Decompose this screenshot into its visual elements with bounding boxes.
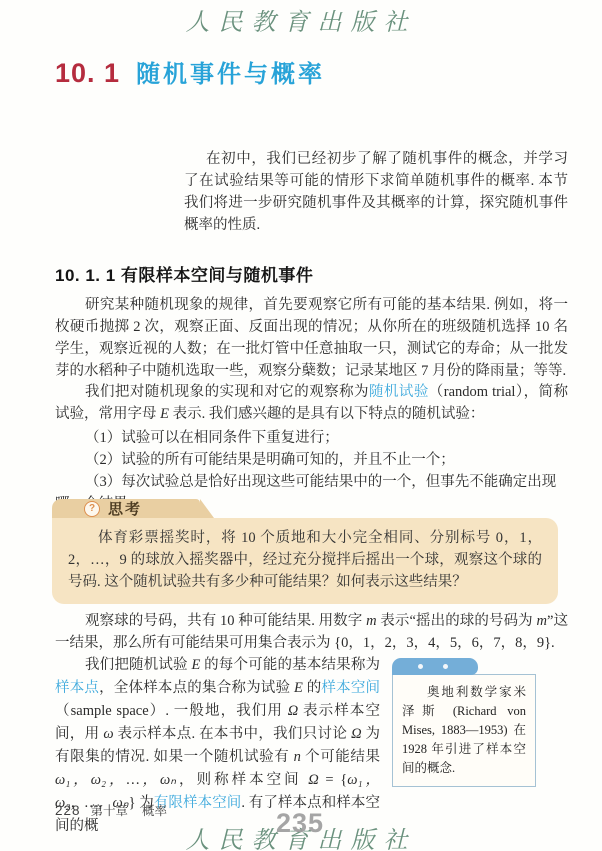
subsection-heading: 10. 1. 1 有限样本空间与随机事件 (55, 261, 313, 286)
tab-hole-icon (443, 664, 448, 669)
overlay-page-number: 235 (276, 808, 324, 839)
footer-page-number: 228 (55, 803, 81, 818)
section-number: 10. 1 (55, 58, 120, 89)
think-box-question: 体育彩票摇奖时，将 10 个质地和大小完全相同、分别标号 0，1，2，…，9 的… (68, 527, 542, 593)
history-note-card: 奥地利数学家米泽斯 (Richard von Mises, 1883—1953)… (392, 658, 536, 787)
publisher-watermark-top: 人民教育出版社 (0, 2, 602, 37)
paragraph-random-phenomena: 研究某种随机现象的规律，首先要观察它所有可能的基本结果. 例如，将一枚硬币抛掷 … (55, 294, 568, 382)
footer-chapter-title: 概率 (142, 801, 167, 819)
think-box-tab: ? 思考 (52, 499, 200, 518)
note-card-text: 奥地利数学家米泽斯 (Richard von Mises, 1883—1953)… (392, 674, 536, 787)
intro-paragraph: 在初中，我们已经初步了解了随机事件的概念，并学习了在试验结果等可能的情形下求简单… (184, 148, 568, 236)
tab-hole-icon (418, 664, 423, 669)
think-box-label: 思考 (108, 498, 142, 519)
question-mark-icon: ? (84, 501, 100, 517)
list-item-2: （2）试验的所有可能结果是明确可知的，并且不止一个； (55, 449, 568, 471)
page-title: 10. 1 随机事件与概率 (55, 54, 325, 89)
textbook-page: 人民教育出版社 10. 1 随机事件与概率 在初中，我们已经初步了解了随机事件的… (0, 0, 602, 851)
list-item-1: （1）试验可以在相同条件下重复进行； (55, 427, 568, 449)
paragraph-ball-numbers: 观察球的号码，共有 10 种可能结果. 用数字 m 表示“摇出的球的号码为 m”… (55, 610, 568, 654)
think-box: ? 思考 体育彩票摇奖时，将 10 个质地和大小完全相同、分别标号 0，1，2，… (52, 499, 558, 604)
page-footer: 228 第十章 概率 (55, 801, 167, 819)
footer-chapter: 第十章 (91, 801, 129, 819)
section-title: 随机事件与概率 (136, 54, 325, 89)
note-card-tab (392, 658, 478, 675)
paragraph-random-trial: 我们把对随机现象的实现和对它的观察称为随机试验（random trial），简称… (55, 381, 568, 425)
think-box-body: 体育彩票摇奖时，将 10 个质地和大小完全相同、分别标号 0，1，2，…，9 的… (52, 518, 558, 604)
